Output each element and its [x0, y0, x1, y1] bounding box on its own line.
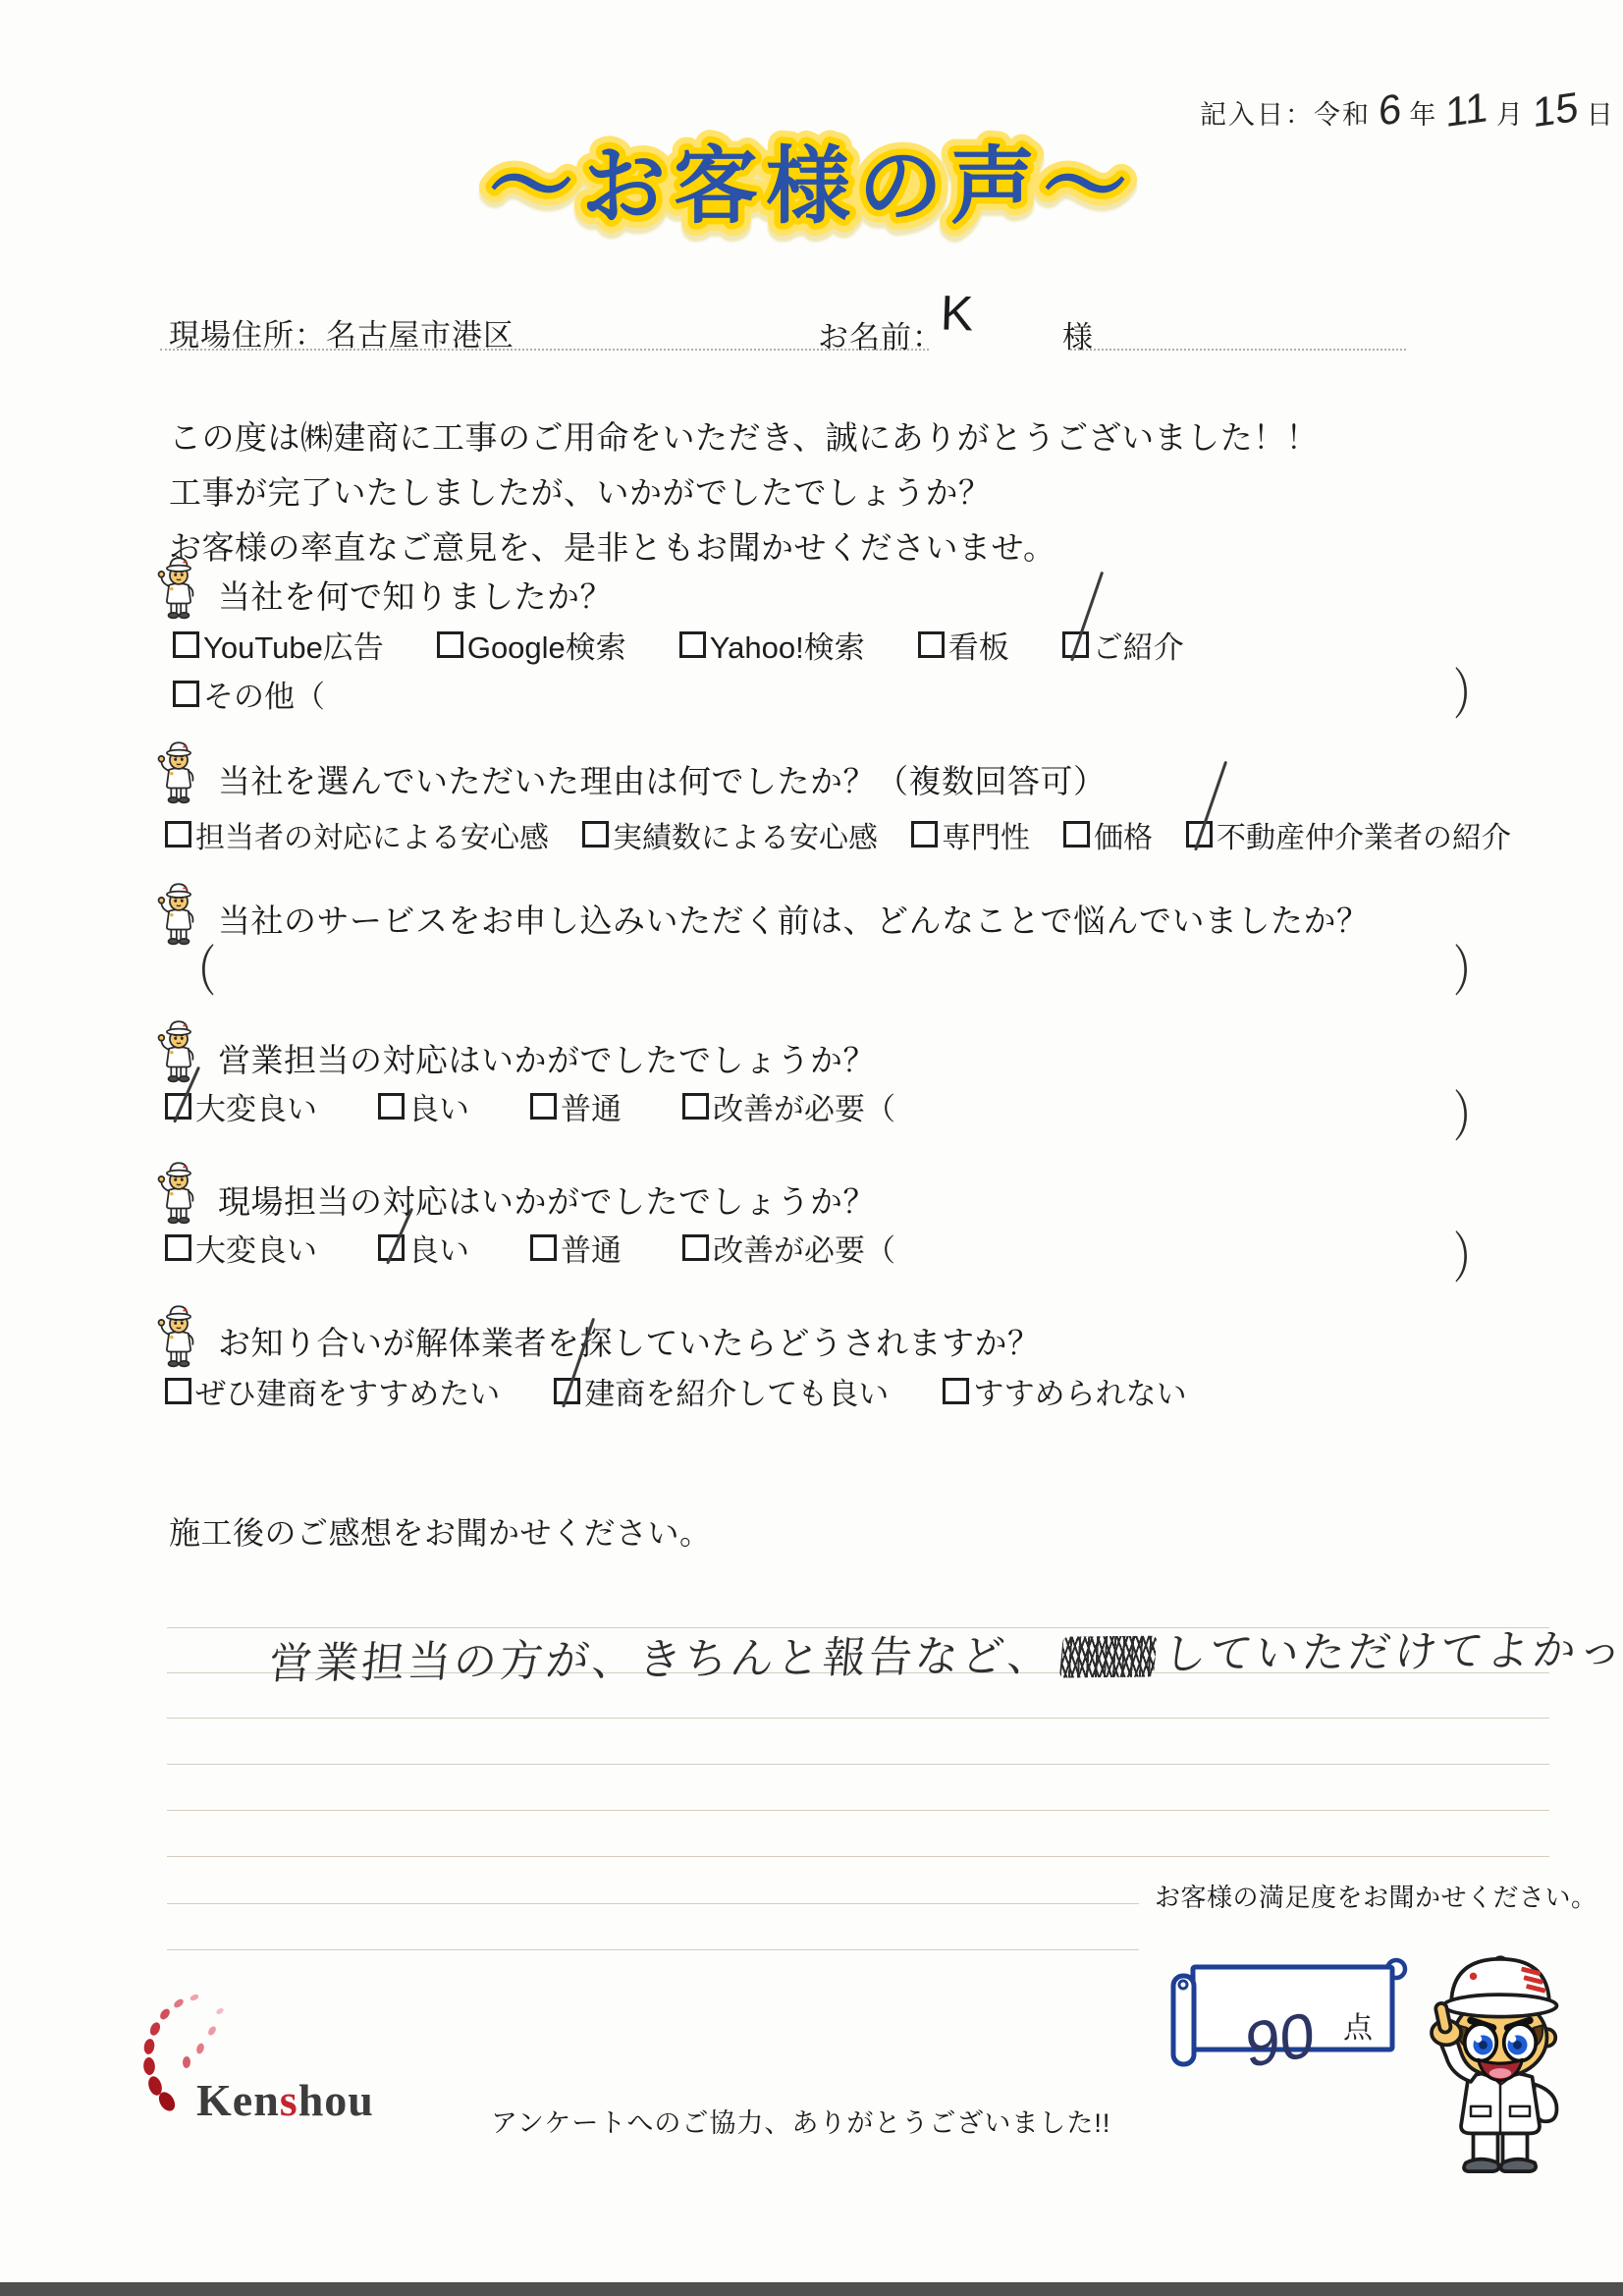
- close-paren: ）: [1453, 1216, 1492, 1294]
- checkbox[interactable]: [1062, 631, 1089, 658]
- mascot-icon: [157, 737, 200, 807]
- option: すすめられない: [943, 1369, 1186, 1413]
- page-title: ～お客様の声～ ～お客様の声～: [422, 114, 1203, 256]
- question-5-text: 現場担当の対応はいかがでしたでしょうか？: [218, 1176, 876, 1223]
- option: ぜひ建商をすすめたい: [165, 1369, 500, 1413]
- logo-wordmark: Kenshou: [196, 2075, 374, 2125]
- year-suffix: 年: [1409, 93, 1437, 132]
- scribbled-out-word: ■■: [1059, 1636, 1158, 1678]
- checkbox[interactable]: [173, 631, 199, 658]
- mascot-icon: [157, 1157, 200, 1228]
- name-underline: [1070, 349, 1406, 351]
- comment-text-before: 営業担当の方が、きちんと報告など、: [267, 1632, 1056, 1688]
- option: 改善が必要（: [682, 1084, 895, 1128]
- option-label: 改善が必要（: [713, 1084, 895, 1128]
- checkbox[interactable]: [582, 821, 609, 847]
- scan-edge: [0, 2282, 1623, 2296]
- ruled-line: [167, 1949, 1139, 1950]
- checkbox[interactable]: [173, 681, 199, 707]
- option: Google検索: [437, 623, 626, 667]
- option-label: 建商を紹介しても良い: [584, 1369, 889, 1413]
- question-2-options: 担当者の対応による安心感 実績数による安心感 専門性 価格 不動産仲介業者の紹介: [165, 813, 1511, 856]
- question-4-options: 大変良い 良い 普通 改善が必要（: [165, 1084, 895, 1128]
- question-1-other-row: その他（: [173, 672, 325, 716]
- checkbox[interactable]: [378, 1093, 405, 1120]
- question-3-text: 当社のサービスをお申し込みいただく前は、どんなことで悩んでいましたか？: [218, 896, 1370, 942]
- checkbox[interactable]: [943, 1378, 969, 1404]
- intro-paragraph: この度は㈱建商に工事のご用命をいただき、誠にありがとうございました！！ 工事が完…: [169, 410, 1319, 575]
- question-6-options: ぜひ建商をすすめたい 建商を紹介しても良い すすめられない: [165, 1369, 1187, 1413]
- svg-text:～お客様の声～: ～お客様の声～: [489, 139, 1135, 234]
- option: YouTube広告: [173, 623, 384, 667]
- question-1-text: 当社を何で知りましたか？: [218, 572, 613, 618]
- option: 良い: [378, 1226, 469, 1270]
- handwritten-day: 15: [1533, 83, 1578, 137]
- handwritten-name: K: [940, 284, 974, 342]
- checkbox[interactable]: [530, 1234, 557, 1261]
- intro-line: この度は㈱建商に工事のご用命をいただき、誠にありがとうございました！！: [169, 410, 1319, 465]
- checkbox[interactable]: [165, 821, 191, 847]
- checkbox[interactable]: [918, 631, 945, 658]
- option-label: その他（: [203, 672, 325, 716]
- score-unit-label: 点: [1343, 2003, 1373, 2047]
- option-label: 良い: [408, 1084, 469, 1128]
- checkbox[interactable]: [679, 631, 706, 658]
- site-address-value: 名古屋市港区: [326, 318, 514, 353]
- customer-voice-form: 記入日：令和 6 年 11 月 15 日 ～お客様の声～ ～お客様の声～ 現場住…: [0, 0, 1623, 2296]
- option: 普通: [530, 1226, 622, 1270]
- site-address-label: 現場住所：: [169, 318, 326, 353]
- date-prefix: 記入日：令和: [1200, 93, 1371, 132]
- checkbox[interactable]: [165, 1234, 191, 1261]
- impression-heading: 施工後のご感想をお聞かせください。: [169, 1508, 712, 1554]
- close-paren: ）: [1453, 1074, 1492, 1153]
- checkbox[interactable]: [682, 1093, 709, 1120]
- option: Yahoo!検索: [679, 623, 865, 667]
- close-paren: ）: [1453, 652, 1492, 731]
- mascot-icon: [157, 1300, 200, 1371]
- handwritten-score: 90: [1244, 1996, 1316, 2082]
- mascot-character: [1402, 1929, 1598, 2182]
- option-label: Google検索: [467, 623, 626, 667]
- day-suffix: 日: [1587, 93, 1615, 132]
- checkbox[interactable]: [1186, 821, 1213, 847]
- option: ご紹介: [1062, 623, 1184, 667]
- option-label: ぜひ建商をすすめたい: [195, 1369, 500, 1413]
- intro-line: お客様の率直なご意見を、是非ともお聞かせくださいませ。: [169, 520, 1319, 575]
- kenshou-logo: Kenshou: [135, 1990, 401, 2147]
- option-label: 改善が必要（: [713, 1226, 895, 1270]
- option-label: すすめられない: [973, 1369, 1186, 1413]
- close-paren: ）: [1453, 929, 1492, 1008]
- date-line: 記入日：令和 6 年 11 月 15 日: [1200, 86, 1615, 134]
- name-label: お名前：: [818, 312, 944, 356]
- option-label: 不動産仲介業者の紹介: [1217, 813, 1511, 856]
- handwritten-era-year: 6: [1379, 84, 1401, 136]
- question-5-options: 大変良い 良い 普通 改善が必要（: [165, 1226, 895, 1270]
- option: 良い: [378, 1084, 469, 1128]
- option: 担当者の対応による安心感: [165, 813, 549, 856]
- comment-text-after: していただけてよかったです: [1162, 1624, 1623, 1678]
- option-label: 良い: [408, 1226, 469, 1270]
- option-label: ご紹介: [1093, 623, 1184, 667]
- checkbox[interactable]: [682, 1234, 709, 1261]
- intro-line: 工事が完了いたしましたが、いかがでしたでしょうか？: [169, 465, 1319, 520]
- option-label: 大変良い: [195, 1226, 317, 1270]
- ruled-line: [167, 1718, 1549, 1719]
- option: その他（: [173, 672, 325, 716]
- option-label: 価格: [1094, 813, 1153, 856]
- option: 看板: [918, 623, 1009, 667]
- option: 価格: [1063, 813, 1153, 856]
- checkbox[interactable]: [437, 631, 463, 658]
- question-2-text: 当社を選んでいただいた理由は何でしたか？（複数回答可）: [218, 756, 1107, 802]
- ruled-line: [167, 1856, 1549, 1857]
- handwritten-comment: 営業担当の方が、きちんと報告など、■■していただけてよかったです，: [266, 1607, 1623, 1694]
- question-1-options: YouTube広告 Google検索 Yahoo!検索 看板 ご紹介: [173, 623, 1184, 667]
- option: 不動産仲介業者の紹介: [1186, 813, 1511, 856]
- option-label: Yahoo!検索: [710, 623, 865, 667]
- option-label: 専門性: [942, 813, 1030, 856]
- checkbox[interactable]: [165, 1378, 191, 1404]
- ruled-line: [167, 1903, 1139, 1904]
- option: 普通: [530, 1084, 622, 1128]
- option: 大変良い: [165, 1084, 317, 1128]
- question-6-text: お知り合いが解体業者を探していたらどうされますか？: [218, 1318, 1041, 1364]
- question-4-text: 営業担当の対応はいかがでしたでしょうか？: [218, 1035, 876, 1081]
- option-label: 担当者の対応による安心感: [195, 813, 549, 856]
- checkbox[interactable]: [554, 1378, 580, 1404]
- thanks-message: アンケートへのご協力、ありがとうございました!!: [491, 2102, 1110, 2140]
- option-label: 普通: [561, 1226, 622, 1270]
- checkbox[interactable]: [911, 821, 938, 847]
- option-label: 普通: [561, 1084, 622, 1128]
- open-paren: （: [177, 929, 216, 1008]
- option: 改善が必要（: [682, 1226, 895, 1270]
- checkbox[interactable]: [378, 1234, 405, 1261]
- ruled-line: [167, 1810, 1549, 1811]
- option: 大変良い: [165, 1226, 317, 1270]
- month-suffix: 月: [1496, 93, 1525, 132]
- handwritten-month: 11: [1446, 83, 1488, 137]
- option: 実績数による安心感: [582, 813, 878, 856]
- mascot-icon: [157, 552, 200, 623]
- option-label: YouTube広告: [203, 623, 384, 667]
- checkbox[interactable]: [1063, 821, 1090, 847]
- checkbox[interactable]: [530, 1093, 557, 1120]
- option-label: 大変良い: [195, 1084, 317, 1128]
- address-underline: [160, 349, 929, 351]
- option-label: 実績数による安心感: [613, 813, 878, 856]
- ruled-line: [167, 1764, 1549, 1765]
- option-label: 看板: [948, 623, 1009, 667]
- checkbox[interactable]: [165, 1093, 191, 1120]
- option: 専門性: [911, 813, 1030, 856]
- satisfaction-heading: お客様の満足度をお聞かせください。: [1155, 1878, 1597, 1914]
- option: 建商を紹介しても良い: [554, 1369, 889, 1413]
